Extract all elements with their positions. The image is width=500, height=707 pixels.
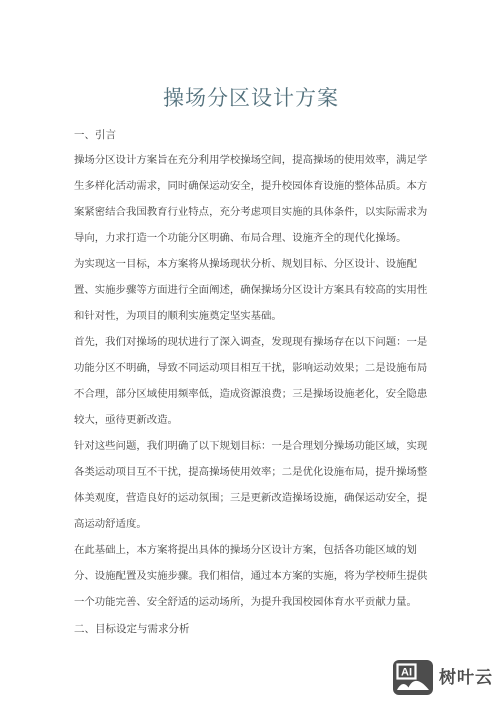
watermark: AI 树叶云: [393, 660, 493, 695]
ai-icon-label: AI: [401, 667, 412, 679]
paragraph-overview: 操场分区设计方案旨在充分利用学校操场空间，提高操场的使用效率，满足学生多样化活动…: [74, 148, 428, 252]
brand-name: 树叶云: [439, 669, 493, 686]
paragraph-scope: 为实现这一目标，本方案将从操场现状分析、规划目标、分区设计、设施配置、实施步骤等…: [74, 252, 428, 330]
paragraph-conclusion: 在此基础上，本方案将提出具体的操场分区设计方案，包括各功能区域的划分、设施配置及…: [74, 538, 428, 616]
document-title: 操场分区设计方案: [74, 86, 428, 112]
brand-ai-image-icon: AI: [393, 660, 433, 695]
paragraph-current-problems: 首先，我们对操场的现状进行了深入调查，发现现有操场存在以下问题：一是功能分区不明…: [74, 330, 428, 434]
section-heading-goals-analysis: 二、目标设定与需求分析: [74, 616, 428, 642]
document-page: 操场分区设计方案 一、引言 操场分区设计方案旨在充分利用学校操场空间，提高操场的…: [0, 0, 500, 707]
document-content: 操场分区设计方案 一、引言 操场分区设计方案旨在充分利用学校操场空间，提高操场的…: [0, 0, 500, 642]
section-heading-introduction: 一、引言: [74, 122, 428, 148]
paragraph-planning-goals: 针对这些问题，我们明确了以下规划目标：一是合理划分操场功能区域，实现各类运动项目…: [74, 434, 428, 538]
